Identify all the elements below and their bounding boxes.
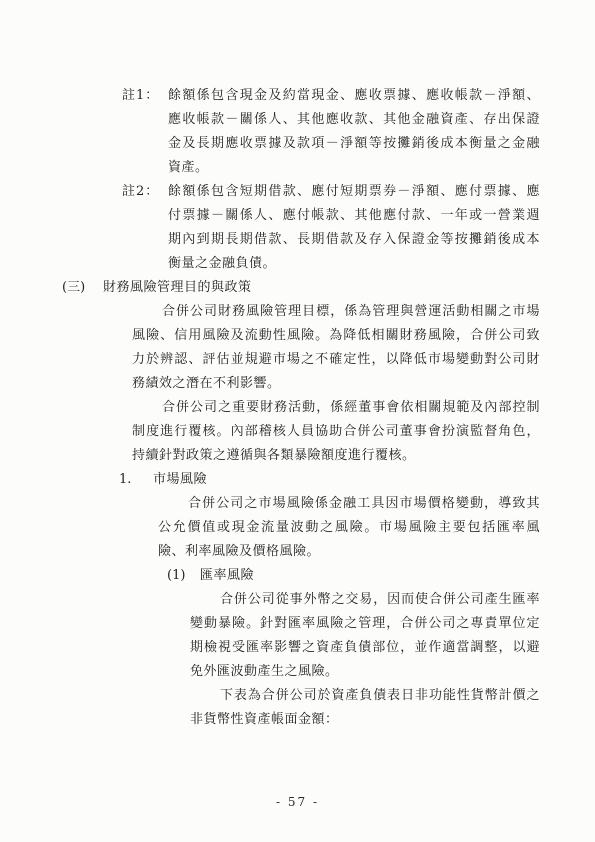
paragraph: 合併公司財務風險管理目標，係為管理與營運活動相關之市場風險、信用風險及流動性風險… (132, 300, 540, 396)
note-lines: 餘額係包含現金及約當現金、應收票據、應收帳款－淨額、應收帳款－關係人、其他應收款… (168, 84, 540, 180)
section-heading: (三)財務風險管理目的與政策 (62, 276, 595, 300)
text-line: 合併公司從事外幣之交易，因而使合併公司產生匯率 (190, 588, 540, 612)
paragraph: 下表為合併公司於資產負債表日非功能性貨幣計價之非貨幣性資產帳面金額： (190, 684, 540, 732)
text-line: 衡量之金融負債。 (168, 252, 540, 276)
note-block: 註2：餘額係包含短期借款、應付短期票券－淨額、應付票據、應付票據－關係人、應付帳… (122, 180, 595, 276)
text-line: 務績效之潛在不利影響。 (132, 372, 540, 396)
note-label: 註2： (122, 180, 168, 276)
text-line: 非貨幣性資產帳面金額： (190, 708, 540, 732)
paragraph: 合併公司之重要財務活動，係經董事會依相關規範及內部控制制度進行覆核。內部稽核人員… (132, 396, 540, 468)
text-line: 合併公司之市場風險係金融工具因市場價格變動，導致其 (158, 492, 540, 516)
text-line: 餘額係包含現金及約當現金、應收票據、應收帳款－淨額、 (168, 84, 540, 108)
list-item-heading: (1)匯率風險 (167, 564, 595, 588)
note-lines: 餘額係包含短期借款、應付短期票券－淨額、應付票據、應付票據－關係人、應付帳款、其… (168, 180, 540, 276)
list-item-title: 市場風險 (153, 472, 207, 487)
text-line: 金及長期應收票據及款項－淨額等按攤銷後成本衡量之金融 (168, 132, 540, 156)
text-line: 免外匯波動產生之風險。 (190, 660, 540, 684)
section-title: 財務風險管理目的與政策 (103, 280, 252, 295)
note-block: 註1：餘額係包含現金及約當現金、應收票據、應收帳款－淨額、應收帳款－關係人、其他… (122, 84, 595, 180)
text-line: 期內到期長期借款、長期借款及存入保證金等按攤銷後成本 (168, 228, 540, 252)
text-line: 下表為合併公司於資產負債表日非功能性貨幣計價之 (190, 684, 540, 708)
text-line: 制度進行覆核。內部稽核人員協助合併公司董事會扮演監督角色， (132, 420, 540, 444)
document-page: 註1：餘額係包含現金及約當現金、應收票據、應收帳款－淨額、應收帳款－關係人、其他… (0, 0, 595, 842)
paragraph: 合併公司從事外幣之交易，因而使合併公司產生匯率變動暴險。針對匯率風險之管理，合併… (190, 588, 540, 684)
text-line: 應收帳款－關係人、其他應收款、其他金融資產、存出保證 (168, 108, 540, 132)
page-number: - 57 - (0, 795, 595, 809)
list-item-heading: 1.市場風險 (119, 468, 595, 492)
text-line: 力於辨認、評估並規避市場之不確定性，以降低市場變動對公司財 (132, 348, 540, 372)
section-number: (三) (62, 276, 103, 300)
text-line: 期檢視受匯率影響之資產負債部位，並作適當調整，以避 (190, 636, 540, 660)
text-line: 資產。 (168, 156, 540, 180)
text-line: 公允價值或現金流量波動之風險。市場風險主要包括匯率風 (158, 516, 540, 540)
document-body: 註1：餘額係包含現金及約當現金、應收票據、應收帳款－淨額、應收帳款－關係人、其他… (0, 84, 595, 732)
note-label: 註1： (122, 84, 168, 180)
text-line: 風險、信用風險及流動性風險。為降低相關財務風險，合併公司致 (132, 324, 540, 348)
list-item-number: 1. (119, 468, 153, 492)
text-line: 變動暴險。針對匯率風險之管理，合併公司之專責單位定 (190, 612, 540, 636)
paragraph: 合併公司之市場風險係金融工具因市場價格變動，導致其公允價值或現金流量波動之風險。… (158, 492, 540, 564)
list-item-title: 匯率風險 (200, 568, 254, 583)
text-line: 付票據－關係人、應付帳款、其他應付款、一年或一營業週 (168, 204, 540, 228)
text-line: 險、利率風險及價格風險。 (158, 540, 540, 564)
text-line: 合併公司之重要財務活動，係經董事會依相關規範及內部控制 (132, 396, 540, 420)
text-line: 餘額係包含短期借款、應付短期票券－淨額、應付票據、應 (168, 180, 540, 204)
text-line: 合併公司財務風險管理目標，係為管理與營運活動相關之市場 (132, 300, 540, 324)
list-item-number: (1) (167, 564, 200, 588)
text-line: 持續針對政策之遵循與各類暴險額度進行覆核。 (132, 444, 540, 468)
